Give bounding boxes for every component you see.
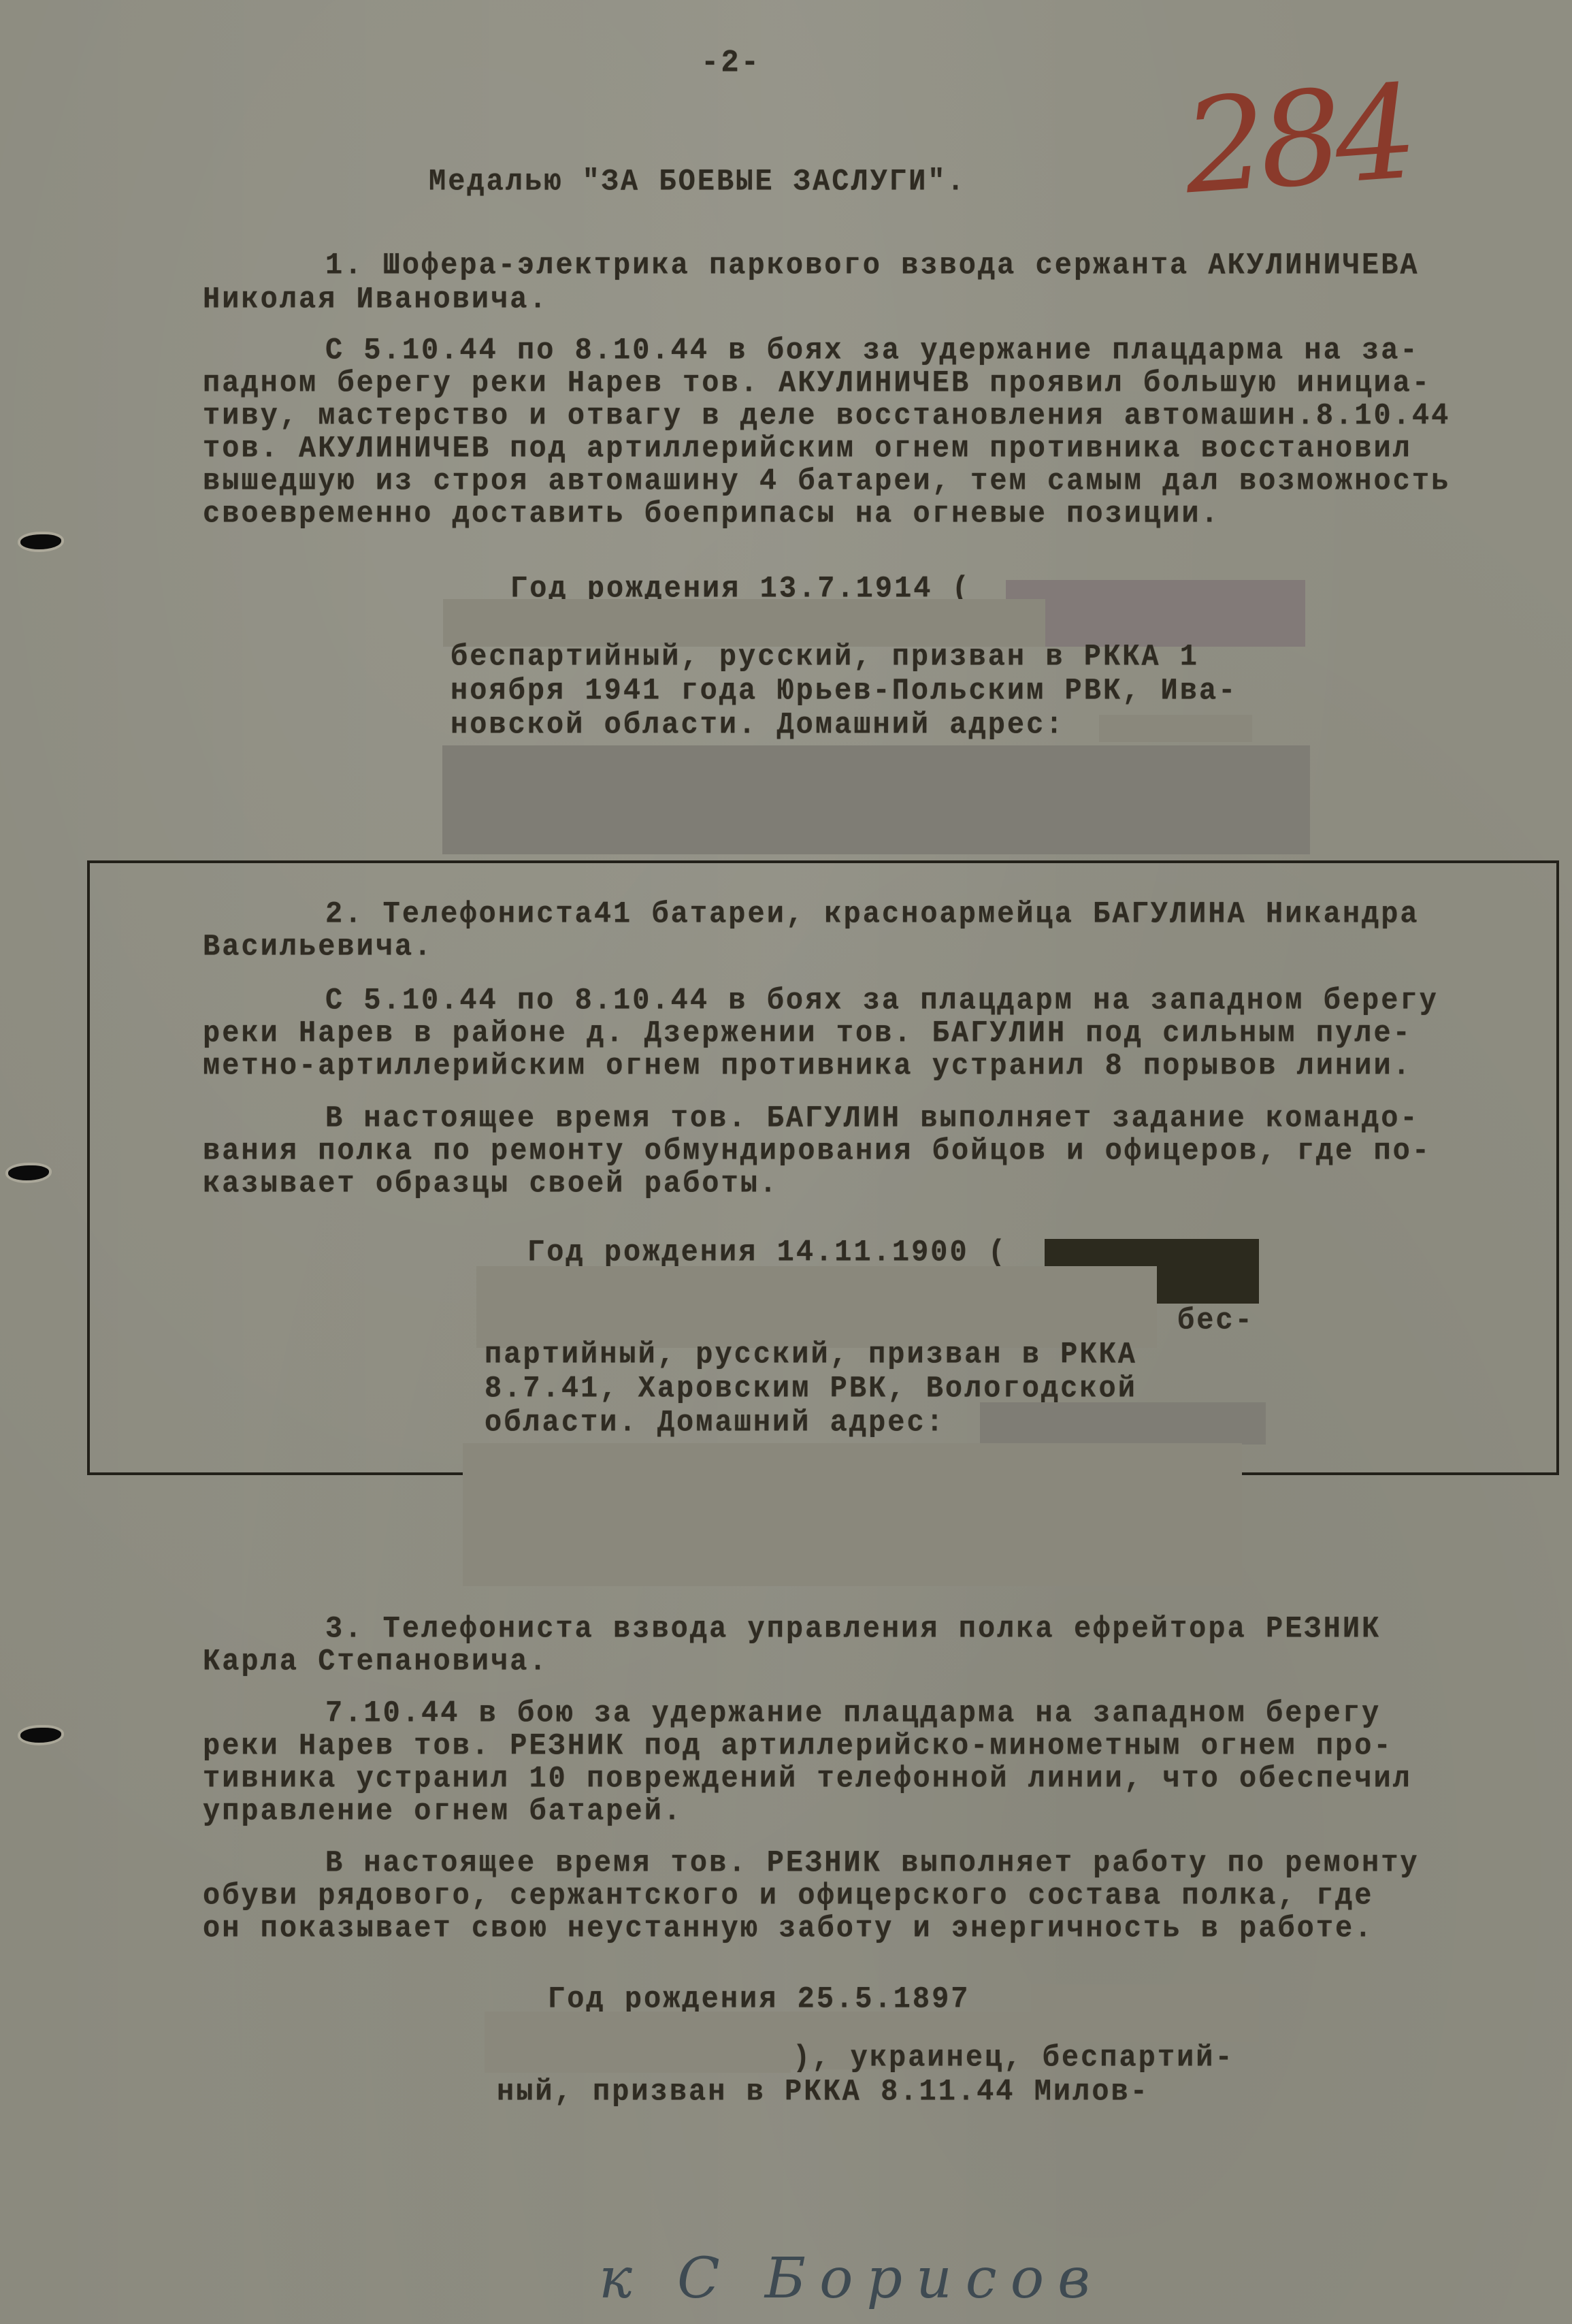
entry-2-body: вания полка по ремонту обмундирования бо…: [203, 1133, 1557, 1169]
entry-2-bio: партийный, русский, призван в РККА: [485, 1337, 1137, 1373]
entry-1-bio: ноября 1941 года Юрьев-Польским РВК, Ива…: [451, 673, 1237, 709]
entry-3-bio: ), украинец, беспартий-: [793, 2040, 1234, 2076]
entry-3-name: Карла Степановича.: [203, 1644, 1557, 1680]
page-number: -2-: [701, 46, 761, 82]
redaction: [442, 745, 1310, 854]
redaction: [1006, 580, 1305, 647]
entry-2-body: реки Нарев в районе д. Дзержении тов. БА…: [203, 1016, 1557, 1052]
redaction: [476, 1266, 1157, 1348]
entry-1-body: падном берегу реки Нарев тов. АКУЛИНИЧЕВ…: [203, 366, 1557, 402]
entry-2-bio: бес-: [1177, 1303, 1254, 1339]
redaction: [463, 1443, 1242, 1586]
entry-1-name: Николая Ивановича.: [203, 282, 1557, 318]
entry-2-name: Васильевича.: [203, 929, 1557, 965]
punch-hole-icon: [20, 1728, 61, 1743]
entry-2-title: 2. Телефониста41 батареи, красноармейца …: [203, 897, 1557, 933]
entry-2-body: В настоящее время тов. БАГУЛИН выполняет…: [203, 1101, 1557, 1137]
entry-1-body: вышедшую из строя автомашину 4 батареи, …: [203, 464, 1557, 500]
entry-1-body: тиву, мастерство и отвагу в деле восстан…: [203, 398, 1557, 434]
handwritten-signature: к С Борисов: [599, 2246, 1104, 2311]
entry-1-bio: беспартийный, русский, призван в РККА 1: [451, 639, 1199, 675]
entry-3-body: он показывает свою неустанную заботу и э…: [203, 1911, 1557, 1947]
entry-3-body: 7.10.44 в бою за удержание плацдарма на …: [203, 1696, 1557, 1732]
entry-1-body: своевременно доставить боеприпасы на огн…: [203, 496, 1557, 532]
entry-2-body: метно-артиллерийским огнем противника ус…: [203, 1048, 1557, 1084]
entry-1-bio: новской области. Домашний адрес:: [451, 707, 1065, 743]
punch-hole-icon: [20, 534, 61, 549]
handwritten-archive-number: 284: [1179, 57, 1415, 223]
entry-3-body: обуви рядового, сержантского и офицерско…: [203, 1878, 1557, 1914]
entry-2-bio: области. Домашний адрес:: [485, 1405, 945, 1441]
entry-3-body: тивника устранил 10 повреждений телефонн…: [203, 1761, 1557, 1797]
entry-2-body: С 5.10.44 по 8.10.44 в боях за плацдарм …: [203, 983, 1557, 1019]
entry-2-body: казывает образцы своей работы.: [203, 1166, 1557, 1202]
redaction: [485, 2042, 791, 2073]
punch-hole-icon: [8, 1165, 49, 1180]
entry-3-body: В настоящее время тов. РЕЗНИК выполняет …: [203, 1845, 1557, 1882]
entry-3-body: реки Нарев тов. РЕЗНИК под артиллерийско…: [203, 1728, 1557, 1764]
award-heading: Медалью "ЗА БОЕВЫЕ ЗАСЛУГИ".: [429, 164, 966, 200]
entry-3-title: 3. Телефониста взвода управления полка е…: [203, 1611, 1557, 1647]
entry-3-bio: ный, призван в РККА 8.11.44 Милов-: [497, 2074, 1149, 2110]
entry-2-birth: Год рождения 14.11.1900 (: [527, 1235, 1007, 1271]
entry-2-bio: 8.7.41, Харовским РВК, Вологодской: [485, 1371, 1137, 1407]
entry-1-body: тов. АКУЛИНИЧЕВ под артиллерийским огнем…: [203, 431, 1557, 467]
redaction: [980, 1402, 1266, 1445]
document-page: -2- 284 Медалью "ЗА БОЕВЫЕ ЗАСЛУГИ". 1. …: [0, 0, 1572, 2324]
entry-3-body: управление огнем батарей.: [203, 1794, 1557, 1830]
entry-1-body: С 5.10.44 по 8.10.44 в боях за удержание…: [203, 333, 1557, 369]
redaction: [1099, 715, 1252, 742]
entry-1-title: 1. Шофера-электрика паркового взвода сер…: [203, 248, 1557, 284]
